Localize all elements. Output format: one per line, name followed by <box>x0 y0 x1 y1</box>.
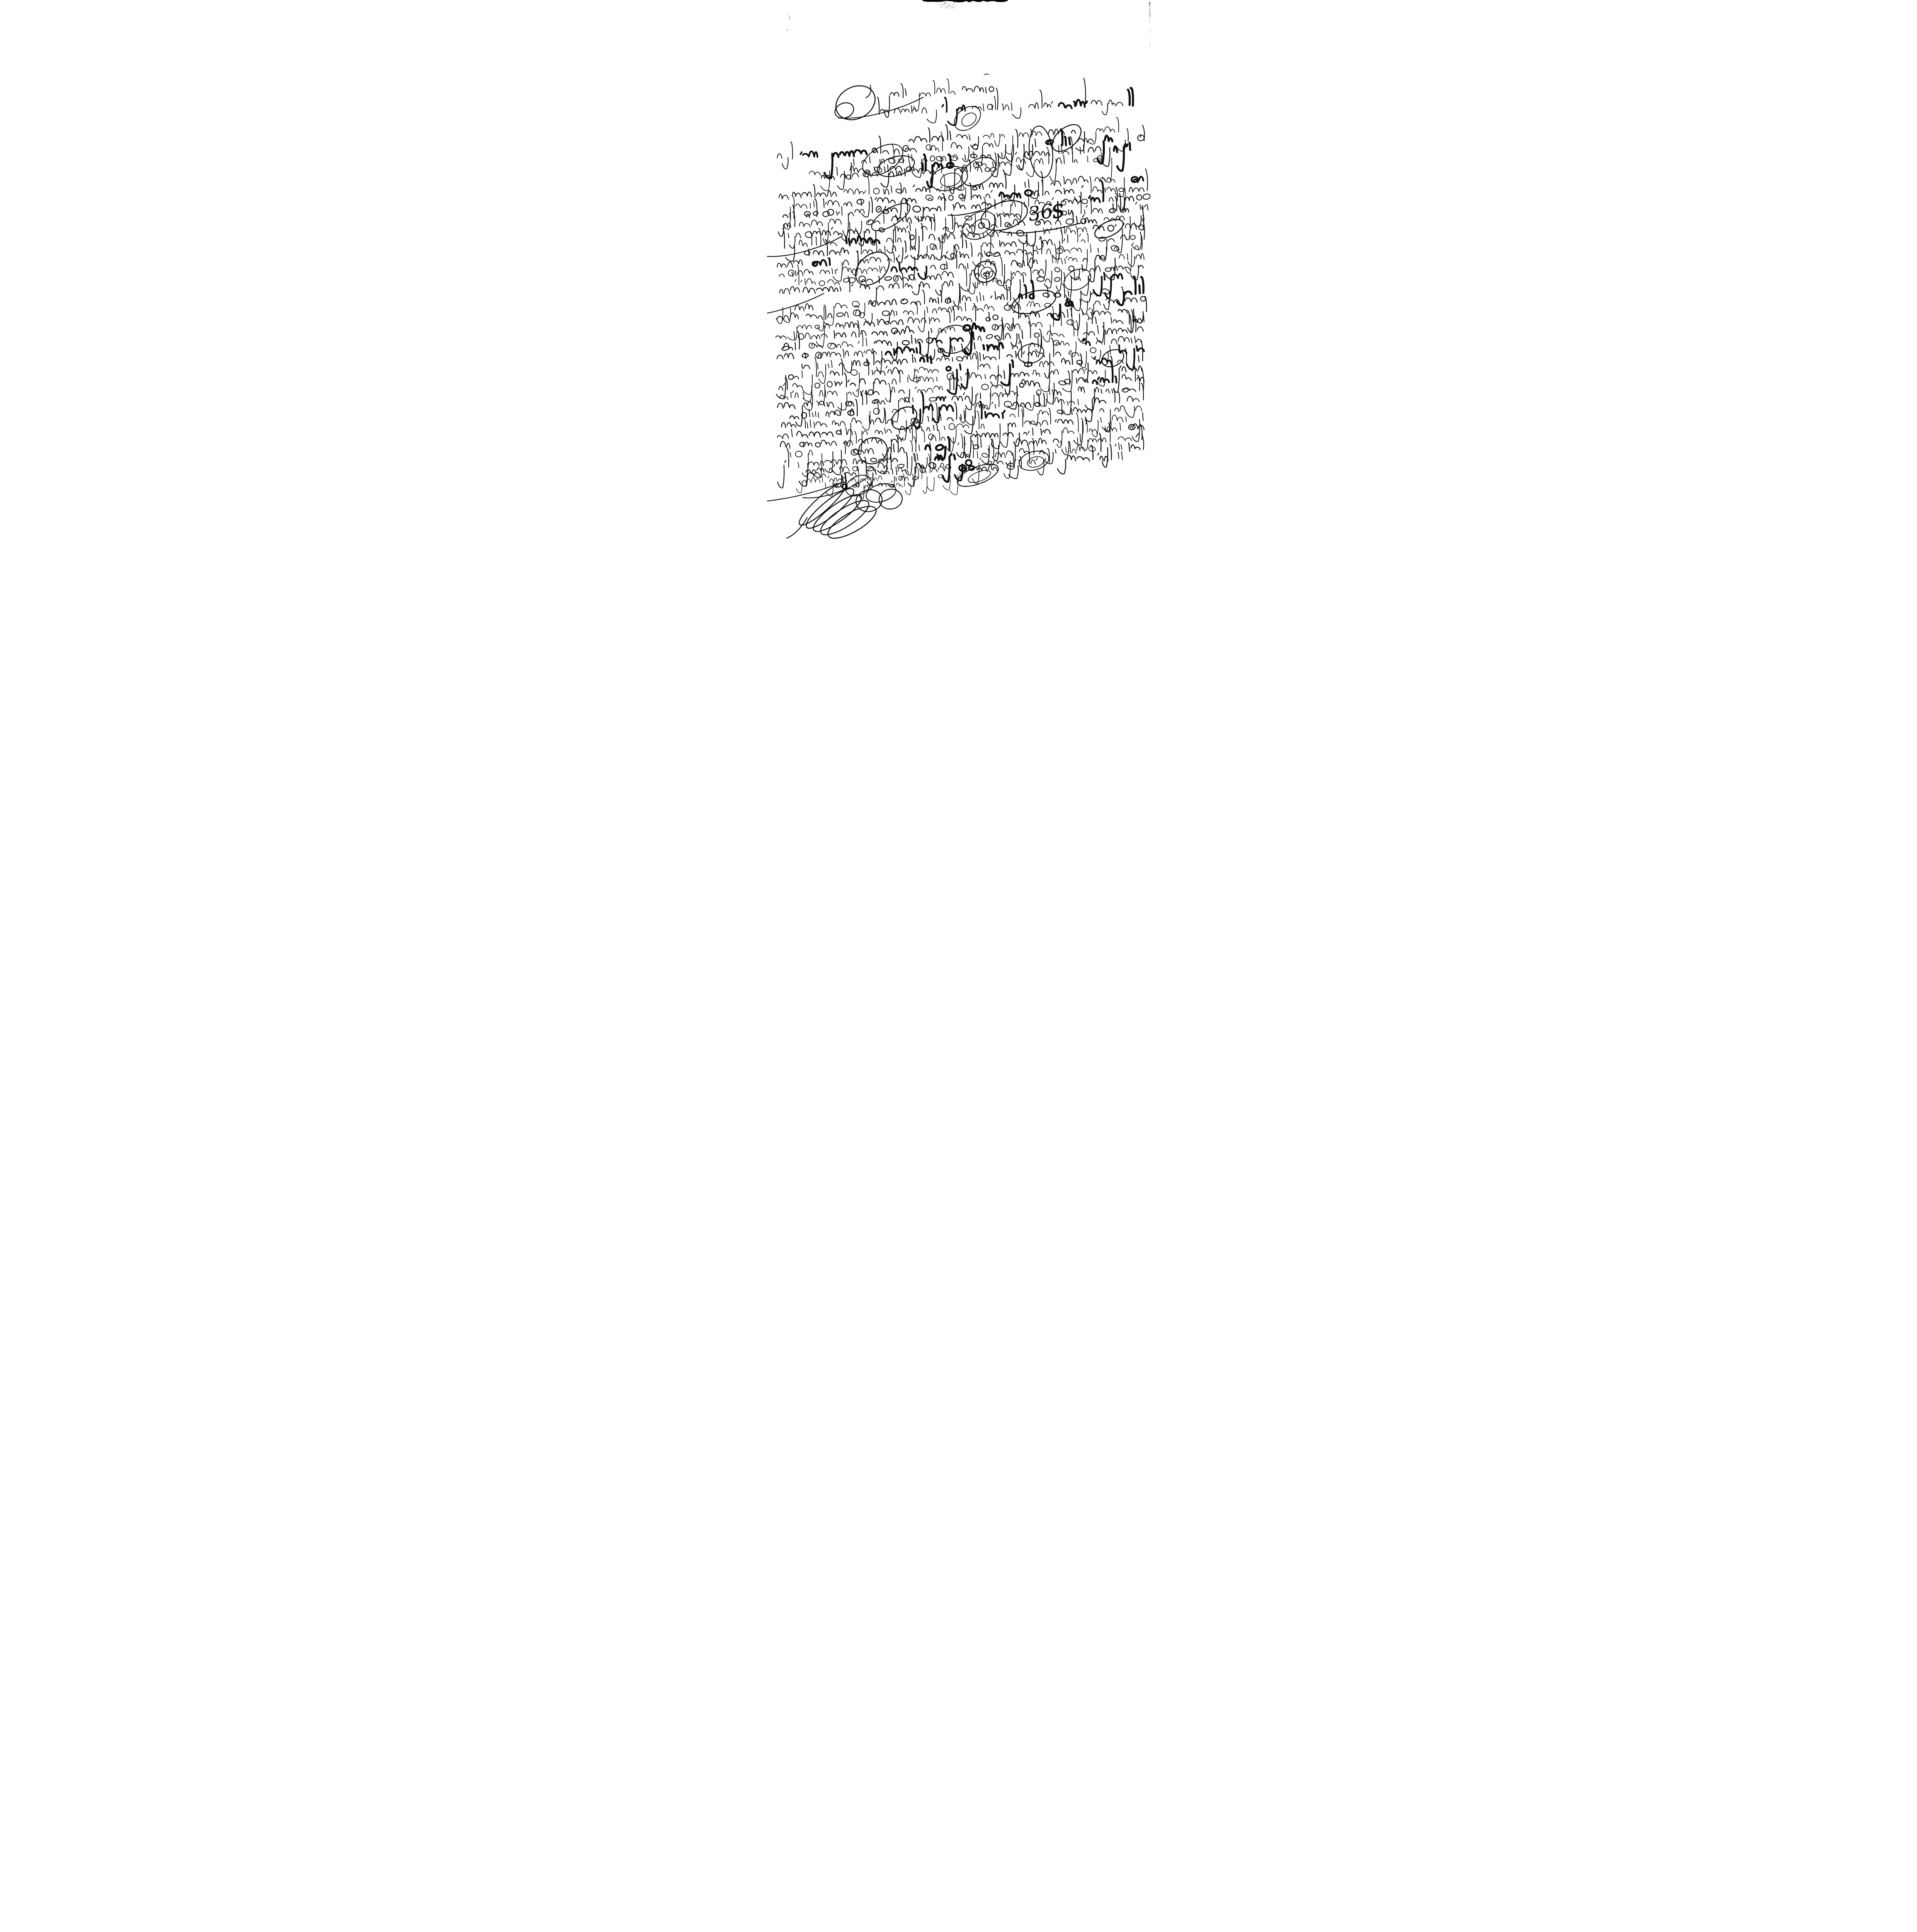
bar-smudge <box>953 2 954 3</box>
ink-stroke <box>951 338 963 341</box>
ink-stroke <box>830 243 837 246</box>
ink-stroke <box>796 481 802 493</box>
edge-speckle <box>1149 19 1150 19</box>
ink-stroke <box>829 479 833 483</box>
ink-stroke <box>891 481 892 482</box>
handwritten-line <box>838 79 993 118</box>
ink-stroke <box>930 265 936 269</box>
ink-stroke <box>1129 187 1133 192</box>
ink-stroke <box>839 363 844 366</box>
ink-stroke <box>971 441 973 458</box>
ink-stroke <box>979 293 980 301</box>
ink-stroke <box>1094 311 1099 315</box>
ink-stroke <box>913 437 916 452</box>
edge-speckle <box>1150 14 1150 14</box>
ink-stroke <box>1055 190 1061 194</box>
ink-stroke <box>807 325 811 328</box>
ink-stroke <box>986 335 992 338</box>
ink-stroke <box>933 80 935 94</box>
edge-speckle <box>1149 7 1150 8</box>
ink-stroke <box>893 458 898 461</box>
ink-stroke <box>1068 257 1077 262</box>
ink-stroke <box>811 477 820 483</box>
ink-stroke <box>1090 269 1094 272</box>
ink-stroke <box>919 255 929 259</box>
ink-stroke <box>797 271 803 276</box>
ink-stroke <box>1032 131 1036 136</box>
ink-stroke <box>936 403 937 420</box>
ink-stroke <box>782 158 788 169</box>
edge-speckle <box>1149 32 1149 32</box>
ink-stroke <box>965 406 975 425</box>
ink-stroke <box>946 252 947 253</box>
ink-stroke <box>799 240 802 246</box>
ink-stroke <box>1077 457 1089 461</box>
ink-stroke <box>1028 301 1029 303</box>
ink-stroke <box>779 194 788 199</box>
ink-stroke <box>1086 342 1090 345</box>
ink-stroke <box>973 195 981 199</box>
ink-stroke <box>1051 338 1053 357</box>
ink-stroke <box>965 373 966 375</box>
ink-spatter <box>857 379 857 379</box>
ink-stroke <box>821 440 830 446</box>
ink-stroke <box>817 468 824 472</box>
ink-stroke <box>815 412 816 417</box>
ink-stroke <box>1005 333 1010 338</box>
ink-stroke <box>1034 151 1040 155</box>
ink-stroke <box>959 252 960 257</box>
ink-stroke <box>845 151 854 156</box>
ink-stroke <box>1097 248 1098 253</box>
ink-stroke <box>1020 403 1031 407</box>
ink-stroke <box>897 258 898 262</box>
ink-stroke <box>872 371 873 375</box>
ink-stroke <box>822 352 830 357</box>
ink-stroke <box>890 200 895 204</box>
ink-stroke <box>906 428 910 433</box>
ink-stroke <box>925 216 934 221</box>
ink-stroke <box>1043 325 1050 342</box>
ink-stroke <box>780 395 788 400</box>
ink-stroke <box>1066 219 1073 224</box>
ink-stroke <box>821 175 825 179</box>
ink-stroke <box>1126 406 1134 418</box>
ink-stroke <box>976 296 978 302</box>
ink-stroke <box>878 476 882 480</box>
ink-stroke <box>994 96 995 109</box>
ink-stroke <box>992 231 998 236</box>
ink-stroke <box>1095 266 1100 271</box>
ink-stroke <box>827 381 832 387</box>
ink-stroke <box>1145 169 1147 190</box>
ink-stroke <box>852 173 859 177</box>
ink-stroke <box>1129 143 1130 150</box>
ink-stroke <box>808 473 820 478</box>
ink-spatter <box>801 400 801 401</box>
ink-stroke <box>959 195 964 199</box>
ink-stroke <box>1060 230 1062 243</box>
ink-spatter <box>999 479 1000 479</box>
ink-stroke <box>1118 443 1119 450</box>
ink-stroke <box>1046 147 1049 164</box>
ink-stroke <box>1111 266 1118 270</box>
ink-stroke <box>1063 428 1074 434</box>
ink-stroke <box>972 306 983 312</box>
ink-stroke <box>1039 90 1042 108</box>
ink-stroke <box>813 201 814 207</box>
ink-stroke <box>1080 434 1080 442</box>
ink-stroke <box>1120 406 1125 411</box>
ink-stroke <box>1001 153 1002 156</box>
ink-stroke <box>778 224 783 236</box>
ink-stroke <box>924 207 930 211</box>
ink-stroke <box>826 412 829 417</box>
ink-stroke <box>915 387 916 389</box>
ink-stroke <box>801 205 807 209</box>
ink-stroke <box>936 88 945 94</box>
ink-stroke <box>1121 287 1123 303</box>
ink-stroke <box>1134 336 1135 343</box>
bar-smudge <box>949 6 949 7</box>
bar-smudge <box>947 3 947 4</box>
ink-stroke <box>1067 235 1068 243</box>
ink-stroke <box>930 207 941 211</box>
edge-speckle <box>1149 10 1150 10</box>
ink-stroke <box>909 163 910 170</box>
ink-stroke <box>788 327 797 340</box>
edge-speckle <box>1150 10 1150 10</box>
ink-stroke <box>886 429 891 433</box>
ink-stroke <box>779 386 782 390</box>
ink-stroke <box>1122 388 1128 392</box>
ink-stroke <box>972 323 980 330</box>
ink-stroke <box>1002 413 1003 418</box>
ink-stroke <box>1073 178 1077 183</box>
ink-stroke <box>1119 188 1124 192</box>
ink-stroke <box>781 422 786 427</box>
ink-stroke <box>854 189 864 194</box>
ink-stroke <box>784 353 794 359</box>
ink-stroke <box>1001 242 1004 246</box>
ink-stroke <box>978 253 983 257</box>
ink-stroke <box>940 291 941 303</box>
ink-stroke <box>907 255 908 257</box>
ink-stroke <box>1011 333 1017 346</box>
ink-stroke <box>1105 277 1111 298</box>
ink-stroke <box>983 135 990 139</box>
ink-stroke <box>957 424 969 428</box>
ink-stroke <box>842 342 853 347</box>
ink-stroke <box>918 216 919 222</box>
ink-stroke <box>884 428 885 433</box>
ink-stroke <box>881 267 885 272</box>
ink-stroke <box>1140 296 1145 301</box>
ink-stroke <box>971 373 981 379</box>
ink-stroke <box>1097 325 1098 333</box>
ink-stroke <box>873 188 879 194</box>
ink-stroke <box>967 263 968 268</box>
ink-stroke <box>1112 204 1113 211</box>
ink-stroke <box>1087 233 1088 242</box>
ink-stroke <box>947 418 953 421</box>
ink-stroke <box>871 438 877 442</box>
ink-stroke <box>927 388 933 393</box>
ink-stroke <box>863 431 867 435</box>
ink-stroke <box>951 214 953 229</box>
ink-stroke <box>891 469 893 474</box>
ink-stroke <box>1100 417 1101 422</box>
ink-stroke <box>974 342 975 349</box>
ink-stroke <box>905 213 906 221</box>
ink-stroke <box>881 359 891 364</box>
ink-stroke <box>904 169 905 176</box>
ink-stroke <box>900 447 904 452</box>
ink-stroke <box>951 143 962 149</box>
ink-stroke <box>842 333 845 337</box>
ink-stroke <box>898 255 899 257</box>
ink-stroke <box>963 393 964 395</box>
ink-stroke <box>1082 199 1087 204</box>
ink-stroke <box>1023 352 1024 354</box>
ink-stroke <box>987 413 999 417</box>
ink-stroke <box>825 483 826 488</box>
ink-stroke <box>939 237 940 249</box>
ink-stroke <box>815 383 820 388</box>
ink-stroke <box>853 459 856 464</box>
ink-stroke <box>840 287 840 291</box>
ink-stroke <box>1010 414 1015 417</box>
ink-stroke <box>1132 420 1140 442</box>
ink-stroke <box>874 341 875 343</box>
ink-stroke <box>789 213 790 219</box>
corner-speck <box>788 15 789 15</box>
ink-stroke <box>912 247 915 250</box>
ink-stroke <box>779 274 784 277</box>
ink-stroke <box>1118 452 1119 459</box>
ink-stroke <box>929 370 932 373</box>
ink-stroke <box>993 468 997 471</box>
ink-stroke <box>1085 101 1087 103</box>
ink-stroke <box>1067 310 1068 318</box>
ink-stroke <box>825 391 826 397</box>
ink-stroke <box>1022 275 1024 283</box>
ink-stroke <box>985 412 985 418</box>
ink-spatter <box>1015 481 1015 481</box>
ink-stroke <box>869 416 869 423</box>
ink-stroke <box>891 310 894 316</box>
ink-stroke <box>1087 156 1088 162</box>
ink-stroke <box>1061 145 1062 153</box>
bar-smudge <box>943 7 943 7</box>
ink-stroke <box>852 251 858 276</box>
ink-stroke <box>991 434 998 437</box>
ink-stroke <box>825 240 827 255</box>
ink-stroke <box>825 202 826 204</box>
ink-stroke <box>908 154 909 162</box>
ink-stroke <box>1057 410 1064 413</box>
ink-stroke <box>980 327 984 331</box>
ink-stroke <box>1024 285 1026 298</box>
ink-stroke <box>912 474 913 486</box>
ink-spatter <box>841 499 841 499</box>
ink-stroke <box>905 485 911 495</box>
ink-stroke <box>854 432 856 443</box>
ink-stroke <box>955 248 957 268</box>
bar-smudge <box>939 3 940 3</box>
ink-stroke <box>1119 366 1121 368</box>
ink-stroke <box>1107 225 1113 231</box>
flourish-loop <box>949 101 985 135</box>
ink-stroke <box>1053 439 1059 443</box>
ink-stroke <box>1067 299 1068 301</box>
bar-smudge <box>946 4 946 5</box>
ink-stroke <box>818 316 822 320</box>
ink-stroke <box>901 268 907 272</box>
ink-stroke <box>1092 380 1097 384</box>
ink-stroke <box>1082 311 1083 315</box>
ink-stroke <box>1055 449 1056 453</box>
ink-stroke <box>1036 132 1041 136</box>
ink-stroke <box>964 303 965 311</box>
ink-stroke <box>809 171 820 175</box>
ink-stroke <box>965 240 966 248</box>
ink-stroke <box>828 476 829 478</box>
ink-stroke <box>870 420 874 425</box>
ink-stroke <box>936 424 937 430</box>
ink-stroke <box>1108 423 1110 442</box>
ink-stroke <box>873 408 879 415</box>
ink-stroke <box>1139 225 1143 230</box>
flourish-loop <box>933 321 974 357</box>
ink-stroke <box>798 462 799 467</box>
ink-stroke <box>879 410 885 423</box>
ink-stroke <box>960 364 961 370</box>
ink-stroke <box>901 109 909 112</box>
ink-stroke <box>1039 237 1040 239</box>
ink-stroke <box>1070 342 1076 356</box>
ink-stroke <box>799 222 810 227</box>
ink-stroke <box>954 202 965 209</box>
ink-stroke <box>976 352 978 370</box>
ink-stroke <box>872 332 878 335</box>
ink-stroke <box>972 434 981 438</box>
ink-stroke <box>857 321 859 337</box>
ink-stroke <box>1119 423 1121 430</box>
ink-stroke <box>844 312 848 317</box>
ink-stroke <box>856 389 857 391</box>
ink-stroke <box>1055 420 1056 422</box>
ink-stroke <box>944 426 945 430</box>
ink-stroke <box>777 263 786 268</box>
ink-stroke <box>794 376 798 379</box>
edge-speckle <box>1150 23 1150 23</box>
edge-speckle <box>1149 37 1150 38</box>
ink-stroke <box>830 371 839 376</box>
ink-stroke <box>1081 418 1083 433</box>
ink-stroke <box>777 154 782 158</box>
ink-stroke <box>1087 304 1094 319</box>
ink-stroke <box>983 143 993 147</box>
ink-stroke <box>865 259 868 263</box>
ink-stroke <box>987 345 988 350</box>
ink-stroke <box>912 398 913 402</box>
ink-stroke <box>862 411 870 430</box>
ink-stroke <box>1100 409 1104 412</box>
ink-stroke <box>885 277 891 280</box>
ink-stroke <box>1029 294 1034 298</box>
dollar-amount-annotation: 36 $ <box>977 195 1082 249</box>
signature-tail <box>786 518 807 538</box>
ink-stroke <box>898 320 903 325</box>
bar-smudge <box>951 4 953 5</box>
ink-stroke <box>990 133 994 138</box>
ink-stroke <box>997 385 1003 388</box>
ink-stroke <box>790 392 791 398</box>
ink-stroke <box>1086 205 1087 207</box>
bar-smudge <box>947 6 948 7</box>
ink-stroke <box>905 284 912 288</box>
ink-stroke <box>901 330 904 334</box>
edge-speckle <box>1149 16 1150 16</box>
ink-stroke <box>931 469 937 472</box>
ink-stroke <box>874 371 885 376</box>
ink-spatter <box>1073 320 1073 320</box>
ink-stroke <box>837 382 840 385</box>
ink-stroke <box>1025 395 1034 410</box>
ink-stroke <box>981 453 988 457</box>
ink-stroke <box>899 263 900 270</box>
ink-stroke <box>834 288 838 291</box>
ink-stroke <box>1082 185 1083 187</box>
ink-stroke <box>1003 411 1004 413</box>
ink-stroke <box>1069 401 1075 404</box>
ink-stroke <box>956 357 963 361</box>
ink-stroke <box>1028 351 1037 356</box>
ink-stroke <box>934 386 942 390</box>
ink-stroke <box>940 264 947 269</box>
ink-stroke <box>1111 339 1117 344</box>
ink-stroke <box>960 231 962 248</box>
ink-stroke <box>929 398 936 401</box>
ink-stroke <box>967 282 975 294</box>
ink-stroke <box>926 145 931 150</box>
ink-stroke <box>1091 350 1101 360</box>
ink-stroke <box>891 299 896 304</box>
ink-stroke <box>985 357 996 360</box>
ink-stroke <box>941 156 946 161</box>
ink-stroke <box>954 347 955 350</box>
ink-stroke <box>909 223 910 231</box>
ink-stroke <box>1135 202 1136 204</box>
ink-stroke <box>1081 240 1085 243</box>
ink-stroke <box>856 251 858 264</box>
ink-stroke <box>833 262 842 281</box>
ink-stroke <box>1042 420 1048 425</box>
ink-stroke <box>1039 410 1048 415</box>
ink-stroke <box>922 290 924 304</box>
ink-stroke <box>1044 429 1050 434</box>
ink-stroke <box>1092 420 1098 437</box>
ink-stroke <box>813 251 824 256</box>
ink-stroke <box>878 208 879 210</box>
ink-stroke <box>926 307 927 313</box>
ink-stroke <box>991 424 1000 449</box>
ink-stroke <box>892 367 903 374</box>
ink-stroke <box>888 342 891 346</box>
ink-stroke <box>1015 129 1017 148</box>
ink-stroke <box>1092 208 1102 213</box>
